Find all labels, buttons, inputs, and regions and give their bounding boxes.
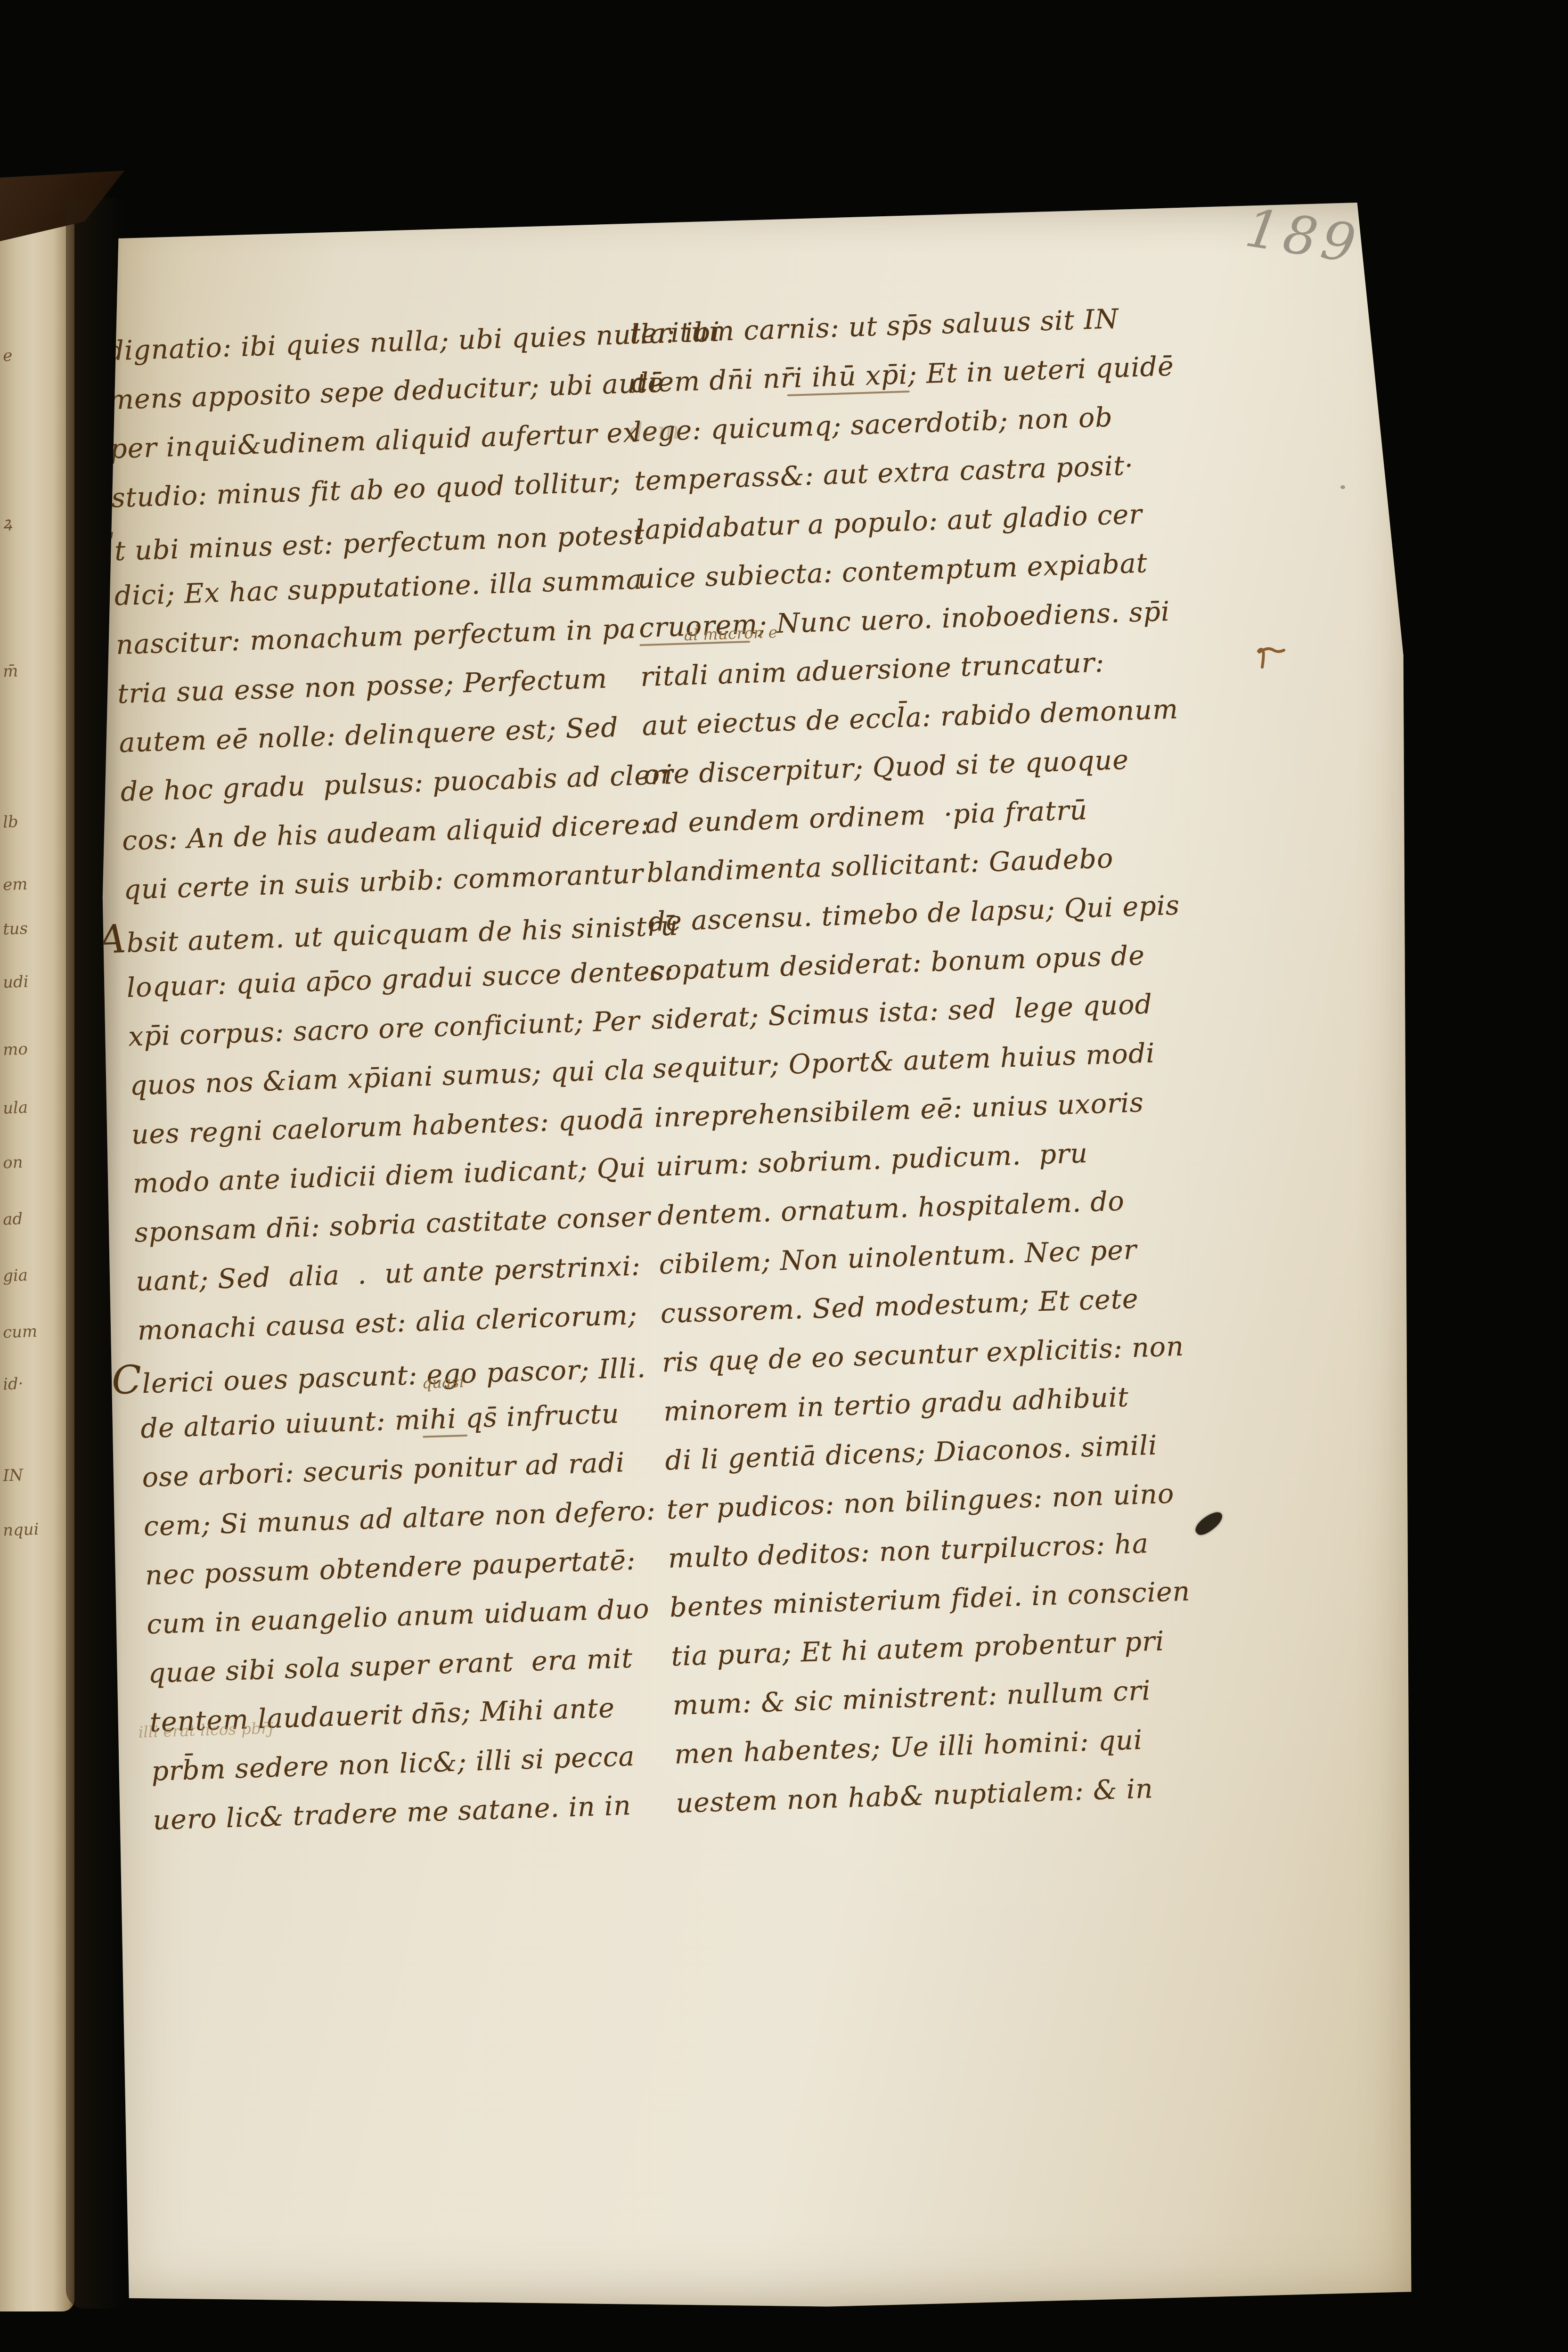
fore-edge-text-fragment: nqui bbox=[2, 1519, 69, 1540]
fore-edge-text-fragment: cum bbox=[2, 1321, 69, 1342]
parchment-page: 189 dignatio: ibi quies nulla; ubi quies… bbox=[101, 203, 1421, 2309]
pencil-dot bbox=[1340, 485, 1345, 489]
fore-edge-text-fragment: gia bbox=[2, 1265, 69, 1286]
fore-edge-text-fragment: IN bbox=[2, 1464, 69, 1486]
fore-edge-text-fragment: ula bbox=[2, 1097, 69, 1118]
fore-edge-text-fragment: mo bbox=[2, 1038, 69, 1060]
fore-edge-text-fragment: ꝝ bbox=[2, 509, 69, 533]
facing-page-fore-edge: eꝝm̄lbemtusudimoulaonadgiacumid·INnqui bbox=[0, 192, 74, 2311]
interlinear-gloss: quasi bbox=[422, 1372, 465, 1392]
fore-edge-text-fragment: em bbox=[2, 874, 69, 895]
fore-edge-text-fragment: lb bbox=[2, 811, 69, 832]
fore-edge-text-fragment: tus bbox=[2, 918, 69, 939]
fore-edge-text-fragment: on bbox=[2, 1151, 69, 1173]
manuscript-photo: { "page": { "folio_number": "189" }, "ma… bbox=[0, 0, 1568, 2352]
interlinear-gloss: dem bbox=[628, 416, 680, 445]
quill-flourish-mark bbox=[1252, 645, 1290, 673]
folio-number: 189 bbox=[1241, 197, 1372, 277]
fore-edge-text-fragment: m̄ bbox=[2, 660, 69, 681]
fore-edge-text-fragment: e bbox=[2, 344, 69, 366]
text-column-left: dignatio: ibi quies nulla; ubi quies nul… bbox=[106, 310, 682, 1857]
text-column-right: teritum carnis: ut sp̄s saluus sit INdie… bbox=[629, 293, 1205, 1840]
fore-edge-text-fragment: id· bbox=[2, 1373, 69, 1394]
gutter-shadow bbox=[66, 198, 122, 2309]
fore-edge-text-fragment: ad bbox=[2, 1208, 69, 1229]
fore-edge-text-fragment: udi bbox=[2, 971, 69, 992]
ink-blot bbox=[1192, 1508, 1225, 1538]
